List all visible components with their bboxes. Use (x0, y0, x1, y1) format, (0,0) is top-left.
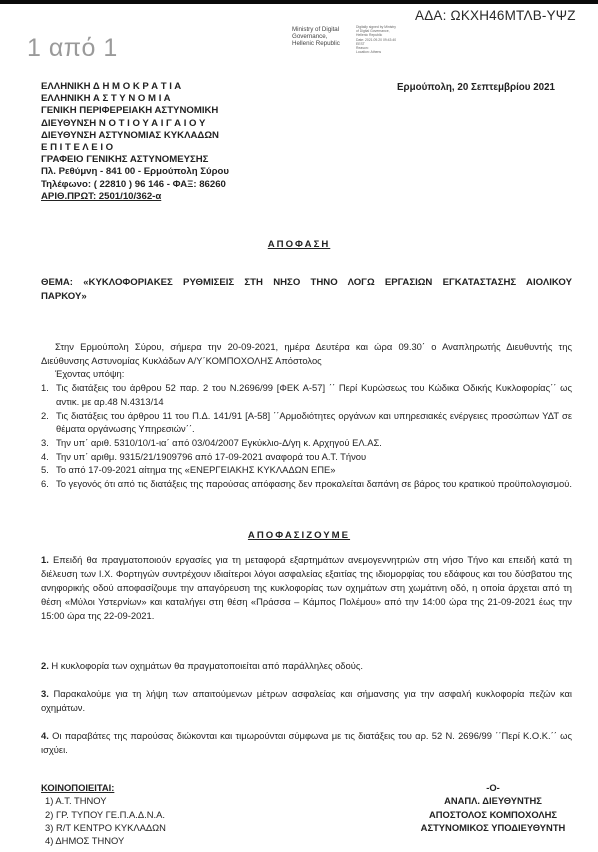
list-item: 5.Το από 17-09-2021 αίτημα της «ΕΝΕΡΓΕΙΑ… (41, 463, 572, 477)
decision-item: 2. Η κυκλοφορία των οχημάτων θα πραγματο… (41, 659, 572, 673)
notified-list: ΚΟΙΝΟΠΟΙΕΙΤΑΙ: 1) Α.Τ. ΤΗΝΟΥ 2) ΓΡ. ΤΥΠΟ… (41, 781, 166, 847)
intro-paragraph: Στην Ερμούπολη Σύρου, σήμερα την 20-09-2… (41, 340, 572, 367)
signatory-name: ΑΠΟΣΤΟΛΟΣ ΚΟΜΠΟΧΟΛΗΣ (373, 808, 598, 821)
considerations-list: 1.Τις διατάξεις του άρθρου 52 παρ. 2 του… (41, 381, 572, 491)
ada-code: ΑΔΑ: ΩΚΧΗ46ΜΤΛΒ-ΥΨΖ (415, 8, 576, 23)
considerations-section: Στην Ερμούπολη Σύρου, σήμερα την 20-09-2… (41, 340, 572, 491)
document-date: Ερμούπολη, 20 Σεπτεμβρίου 2021 (397, 82, 555, 93)
header-line: ΓΕΝΙΚΗ ΠΕΡΙΦΕΡΕΙΑΚΗ ΑΣΤΥΝΟΜΙΚΗ (41, 105, 229, 117)
decision-item: 1. Επειδή θα πραγματοποιούν εργασίες για… (41, 553, 572, 623)
ministry-stamp: Ministry of Digital Governance, Hellenic… (292, 26, 340, 47)
signatory-title: ΑΝΑΠΛ. ΔΙΕΥΘΥΝΤΗΣ (373, 794, 598, 807)
issuing-authority-header: ΕΛΛΗΝΙΚΗ Δ Η Μ Ο Κ Ρ Α Τ Ι Α ΕΛΛΗΝΙΚΗ Α … (41, 81, 229, 203)
digital-signature-block: Digitally signed by Ministry of Digital … (356, 25, 396, 54)
list-item: 4.Την υπ΄ αριθμ. 9315/21/1909796 από 17-… (41, 450, 572, 464)
notified-title: ΚΟΙΝΟΠΟΙΕΙΤΑΙ: (41, 781, 166, 794)
notified-item: 2) ΓΡ. ΤΥΠΟΥ ΓΕ.Π.Α.Δ.Ν.Α. (41, 808, 166, 821)
list-item: 6.Το γεγονός ότι από τις διατάξεις της π… (41, 477, 572, 491)
header-line: ΕΛΛΗΝΙΚΗ Α Σ Τ Υ Ν Ο Μ Ι Α (41, 93, 229, 105)
page-indicator: 1 από 1 (27, 34, 118, 63)
header-line: ΕΛΛΗΝΙΚΗ Δ Η Μ Ο Κ Ρ Α Τ Ι Α (41, 81, 229, 93)
decision-item: 3. Παρακαλούμε για τη λήψη των απαιτούμε… (41, 687, 572, 715)
list-item: 3.Την υπ΄ αριθ. 5310/10/1-ια΄ από 03/04/… (41, 436, 572, 450)
header-line: Ε Π Ι Τ Ε Λ Ε Ι Ο (41, 142, 229, 154)
decide-title: ΑΠΟΦΑΣΙΖΟΥΜΕ (0, 530, 598, 541)
subject-line: ΘΕΜΑ: «ΚΥΚΛΟΦΟΡΙΑΚΕΣ ΡΥΘΜΙΣΕΙΣ ΣΤΗ ΝΗΣΟ … (41, 276, 572, 304)
header-line: ΓΡΑΦΕΙΟ ΓΕΝΙΚΗΣ ΑΣΤΥΝΟΜΕΥΣΗΣ (41, 154, 229, 166)
header-line: Πλ. Ρεθύμνη - 841 00 - Ερμούπολη Σύρου (41, 166, 229, 178)
signatory-line: -Ο- (373, 781, 598, 794)
ministry-line: Ministry of Digital (292, 26, 340, 33)
list-item: 1.Τις διατάξεις του άρθρου 52 παρ. 2 του… (41, 381, 572, 408)
signatory-rank: ΑΣΤΥΝΟΜΙΚΟΣ ΥΠΟΔΙΕΥΘΥΝΤΗ (373, 821, 598, 834)
header-line: ΔΙΕΥΘΥΝΣΗ ΑΣΤΥΝΟΜΙΑΣ ΚΥΚΛΑΔΩΝ (41, 130, 229, 142)
decision-item: 4. Οι παραβάτες της παρούσας διώκονται κ… (41, 729, 572, 757)
decision-title: ΑΠΟΦΑΣΗ (0, 239, 598, 250)
notified-item: 4) ΔΗΜΟΣ ΤΗΝΟΥ (41, 834, 166, 847)
list-item: 2.Τις διατάξεις του άρθρου 11 του Π.Δ. 1… (41, 409, 572, 436)
ministry-line: Governance, (292, 33, 340, 40)
notified-item: 3) R/T ΚΕΝΤΡΟ ΚΥΚΛΑΔΩΝ (41, 821, 166, 834)
protocol-number: ΑΡΙΘ.ΠΡΩΤ: 2501/10/362-α (41, 191, 229, 203)
ministry-line: Hellenic Republic (292, 40, 340, 47)
signature-line: Location: Athens (356, 50, 396, 54)
notified-item: 1) Α.Τ. ΤΗΝΟΥ (41, 794, 166, 807)
header-line: Τηλέφωνο: ( 22810 ) 96 146 - ΦΑΞ: 86260 (41, 179, 229, 191)
considering-label: Έχοντας υπόψη: (41, 367, 572, 381)
signatory-block: -Ο- ΑΝΑΠΛ. ΔΙΕΥΘΥΝΤΗΣ ΑΠΟΣΤΟΛΟΣ ΚΟΜΠΟΧΟΛ… (373, 781, 598, 834)
header-line: ΔΙΕΥΘΥΝΣΗ Ν Ο Τ Ι Ο Υ Α Ι Γ Α Ι Ο Υ (41, 118, 229, 130)
viewer-top-bar (0, 0, 598, 4)
